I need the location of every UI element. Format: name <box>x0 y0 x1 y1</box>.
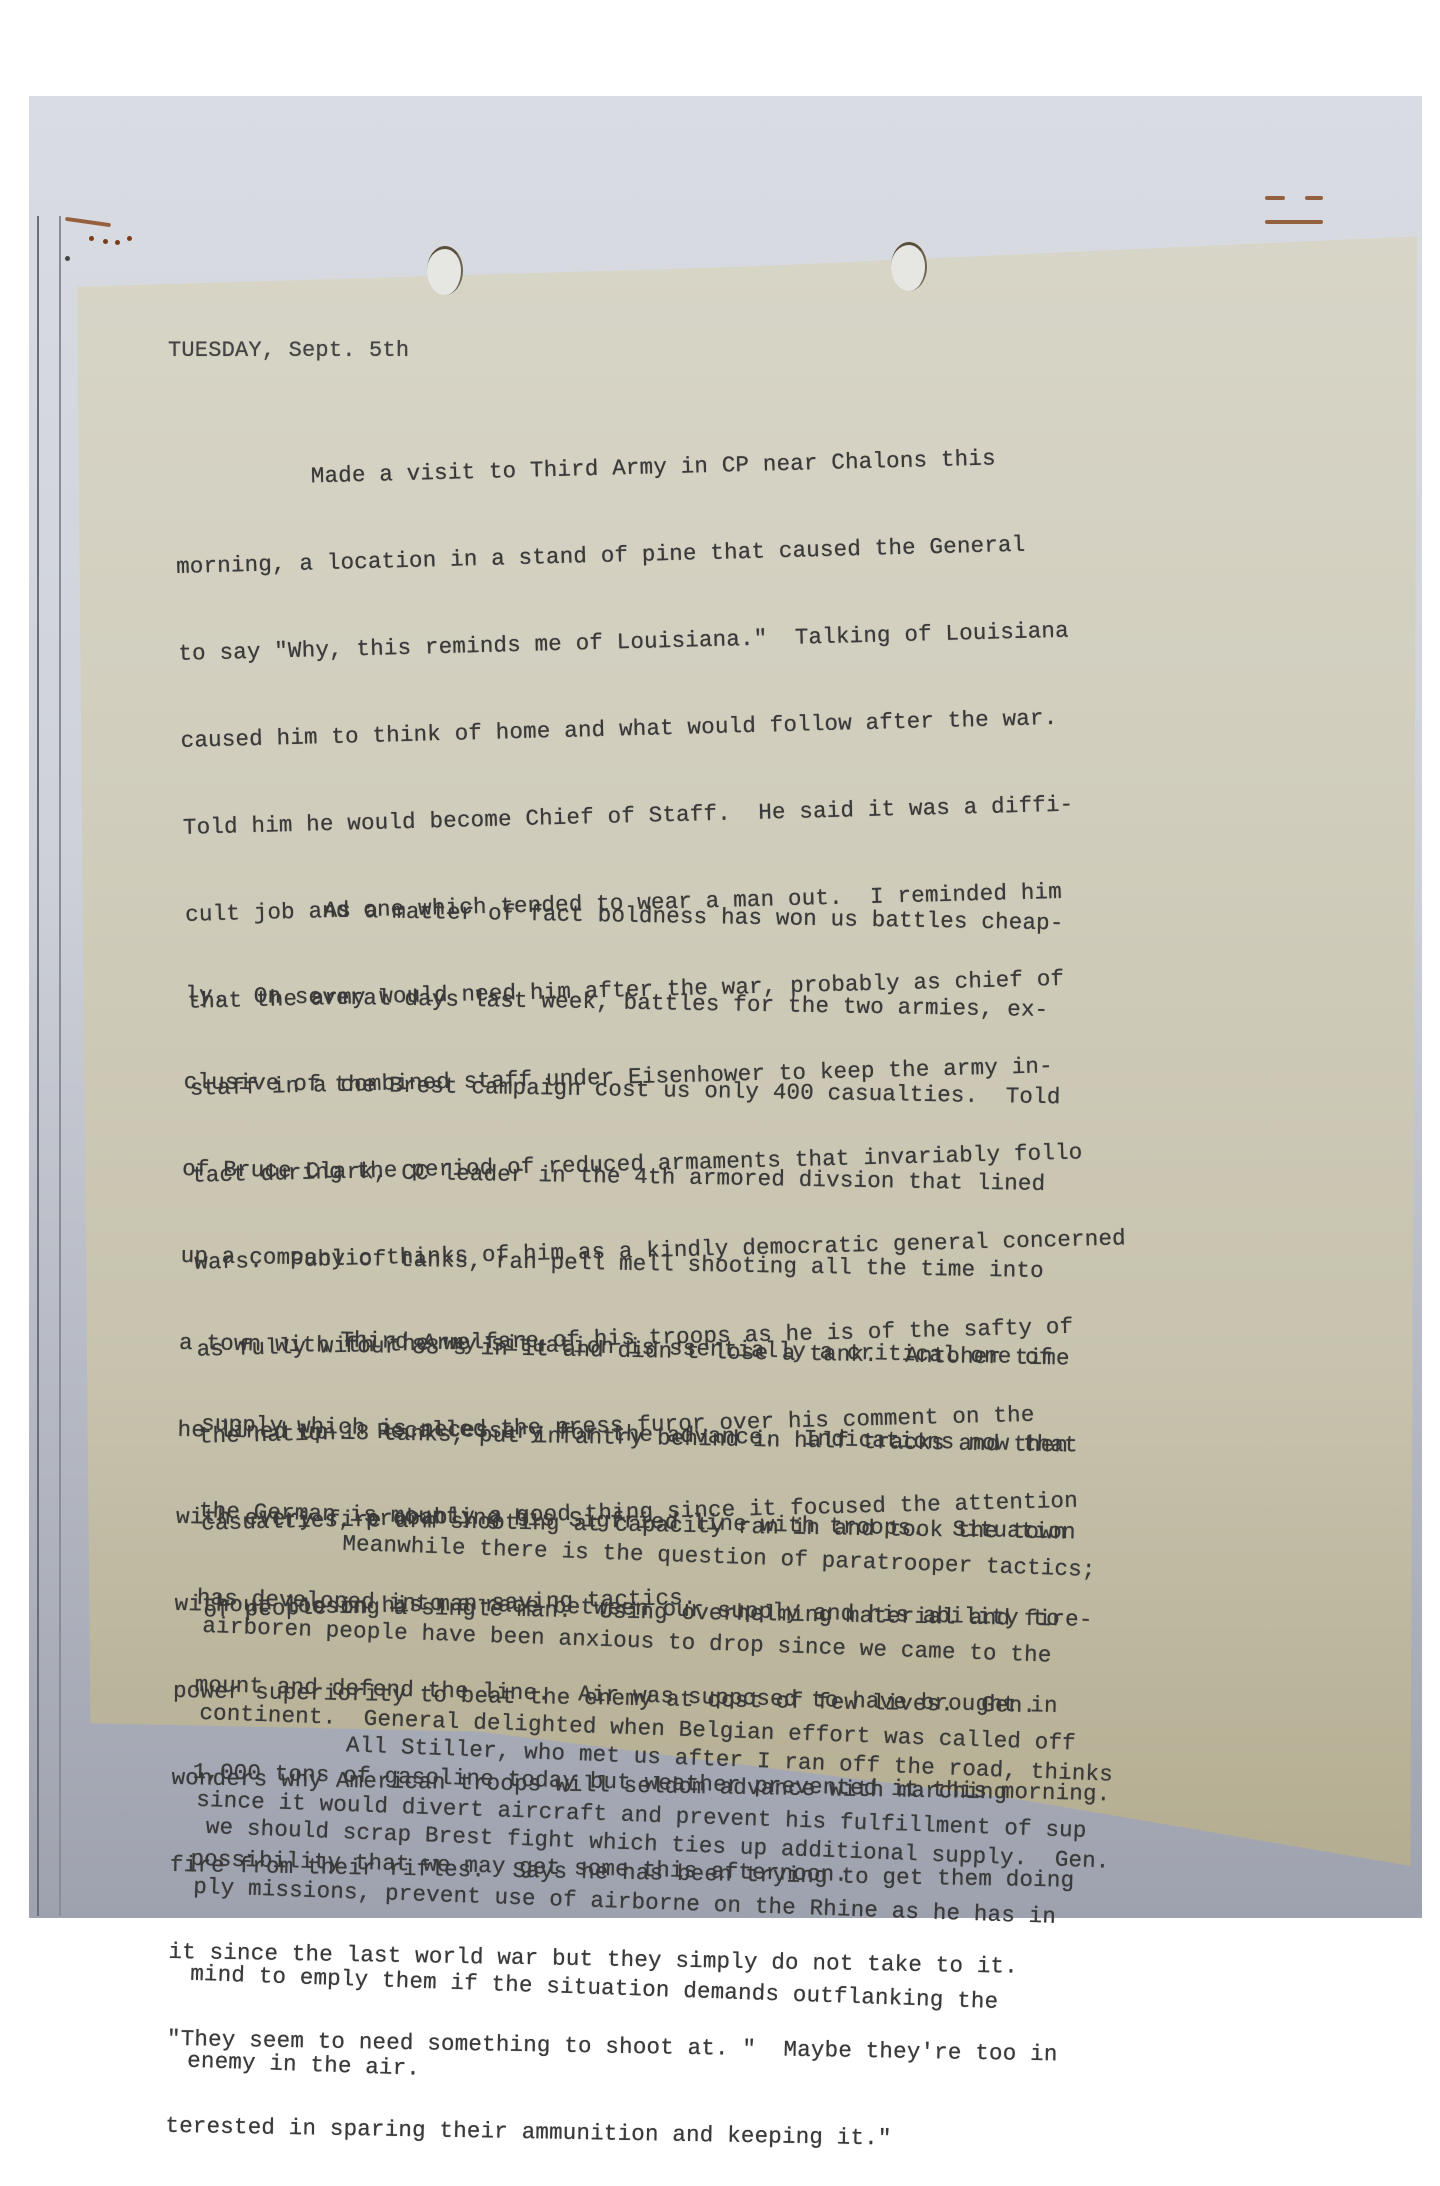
text-line: All Stiller, who met us after I ran off … <box>209 1726 1114 1790</box>
text-line: airboren people have been anxious to dro… <box>202 1612 1093 1672</box>
page-number-mark <box>1265 220 1323 224</box>
text-line: morning, a location in a stand of pine t… <box>176 529 1108 582</box>
text-line: we should scrap Brest fight which ties u… <box>205 1813 1110 1877</box>
rust-stain-dot <box>65 256 70 261</box>
text-line: mind to emply them if the situation dema… <box>190 1960 1081 2020</box>
text-line: ly. On several days last week, battles f… <box>185 981 1103 1026</box>
rust-stain-dot <box>89 236 94 241</box>
text-line: clusive of the Brest campaign cost us on… <box>183 1068 1101 1113</box>
text-line: As a matter of fact boldness has won us … <box>186 894 1104 939</box>
punch-hole-left <box>427 246 463 295</box>
rust-stain-dot <box>103 239 108 244</box>
date-heading: TUESDAY, Sept. 5th <box>168 336 409 365</box>
rust-stain-dot <box>115 240 120 245</box>
rust-stain-top-left <box>65 217 111 227</box>
text-line: of Bruce Clark, CC leader in the 4th arm… <box>182 1155 1100 1200</box>
paragraph-5: All Stiller, who met us after I ran off … <box>204 1668 1115 1906</box>
page-number-mark <box>1265 196 1285 200</box>
text-line: Made a visit to Third Army in CP near Ch… <box>174 442 1106 495</box>
text-line: Meanwhile there is the question of parat… <box>205 1525 1096 1585</box>
punch-hole-right <box>891 242 927 291</box>
page-number-mark <box>1305 196 1323 200</box>
stacked-page-edges <box>37 216 61 1916</box>
text-line: Told him he would become Chief of Staff.… <box>183 789 1115 842</box>
text-line: supply which is necessary for the advanc… <box>201 1410 1119 1461</box>
text-line: Third Army situation is ssentially a cri… <box>203 1323 1121 1374</box>
text-line: to say "Why, this reminds me of Louisian… <box>178 616 1110 669</box>
text-line: caused him to think of home and what wou… <box>180 703 1112 756</box>
rust-stain-dot <box>127 236 132 241</box>
